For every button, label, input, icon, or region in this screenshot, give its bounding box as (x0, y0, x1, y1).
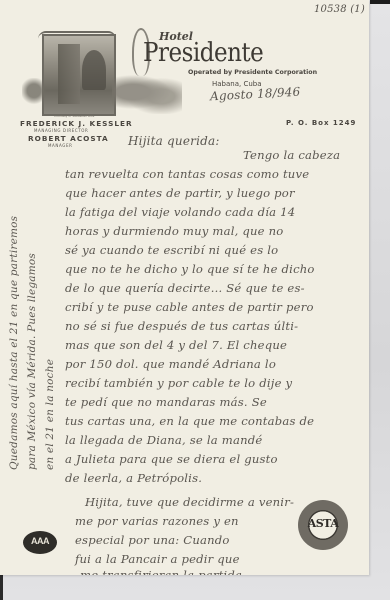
letter-line: te pedí que no mandaras más. Se (65, 395, 267, 409)
letter-line: me por varias razones y en (75, 514, 239, 528)
margin-note: Quedamos aquí hasta el 21 en que partire… (8, 216, 20, 470)
letter-line: que no te he dicho y lo que sí te he dic… (65, 262, 315, 276)
letter-line: que hacer antes de partir, y luego por (65, 186, 295, 200)
hotel-vignette-image (42, 34, 116, 116)
letter-line: a Julieta para que se diera el gusto (65, 452, 278, 466)
letter-line: especial por una: Cuando (75, 533, 230, 547)
scan-edge-top (370, 0, 390, 4)
staff-name: FREDERICK J. KESSLER (20, 119, 133, 128)
letter-line: sé ya cuando te escribí ni qué es lo (65, 243, 278, 257)
letter-line: de leerla, a Petrópolis. (65, 471, 202, 485)
letter-line: me transfirieran la partida (80, 568, 242, 575)
archive-reference: 10538 (1) (314, 4, 365, 15)
margin-note: en el 21 en la noche (44, 359, 56, 470)
aaa-badge-icon: AAA (23, 531, 57, 554)
letter-line: tus cartas una, en la que me contabas de (65, 414, 314, 428)
po-box: P. O. Box 1249 (286, 119, 356, 127)
operated-by: Operated by Presidente Corporation (188, 69, 317, 76)
scan-edge-left (0, 575, 3, 600)
letter-line: tan revuelta con tantas cosas como tuve (65, 167, 309, 181)
margin-note: para México vía Mérida. Pues llegamos (26, 253, 38, 470)
letter-line: Hijita, tuve que decidirme a venir- (85, 495, 294, 509)
letter-line: horas y durmiendo muy mal, que no (65, 224, 283, 238)
letter-line: por 150 dol. que mandé Adriana lo (65, 357, 276, 371)
seal-label: ASTA (298, 517, 348, 530)
staff-name: ROBERT ACOSTA (28, 134, 133, 143)
letter-line: mas que son del 4 y del 7. El cheque (65, 338, 287, 352)
foliage-ornament-icon (112, 70, 182, 114)
letter-line: la llegada de Diana, se la mandé (65, 433, 262, 447)
asta-seal-icon: ASTA (298, 500, 348, 550)
staff-role: MANAGING DIRECTOR (34, 128, 133, 133)
letter-sheet: 10538 (1) Courtesy of Sebastian Rios Hot… (0, 0, 369, 575)
foliage-ornament-icon (22, 78, 46, 110)
vignette-caption: Courtesy of Sebastian Rios (54, 114, 94, 118)
letter-line: Tengo la cabeza (243, 148, 340, 162)
hotel-name: Presidente (143, 38, 263, 68)
letter-line: no sé si fue después de tus cartas últi- (65, 319, 298, 333)
letter-line: recibí también y por cable te lo dije y (65, 376, 292, 390)
staff-block: FREDERICK J. KESSLER MANAGING DIRECTOR R… (20, 119, 133, 148)
badge-label: AAA (23, 536, 57, 546)
letter-line: la fatiga del viaje volando cada día 14 (65, 205, 295, 219)
salutation: Hijita querida: (128, 134, 220, 148)
letter-line: de lo que quería decirte... Sé que te es… (65, 281, 305, 295)
letter-line: fui a la Pancair a pedir que (75, 552, 240, 566)
staff-role: MANAGER (48, 143, 133, 148)
letter-line: cribí y te puse cable antes de partir pe… (65, 300, 314, 314)
